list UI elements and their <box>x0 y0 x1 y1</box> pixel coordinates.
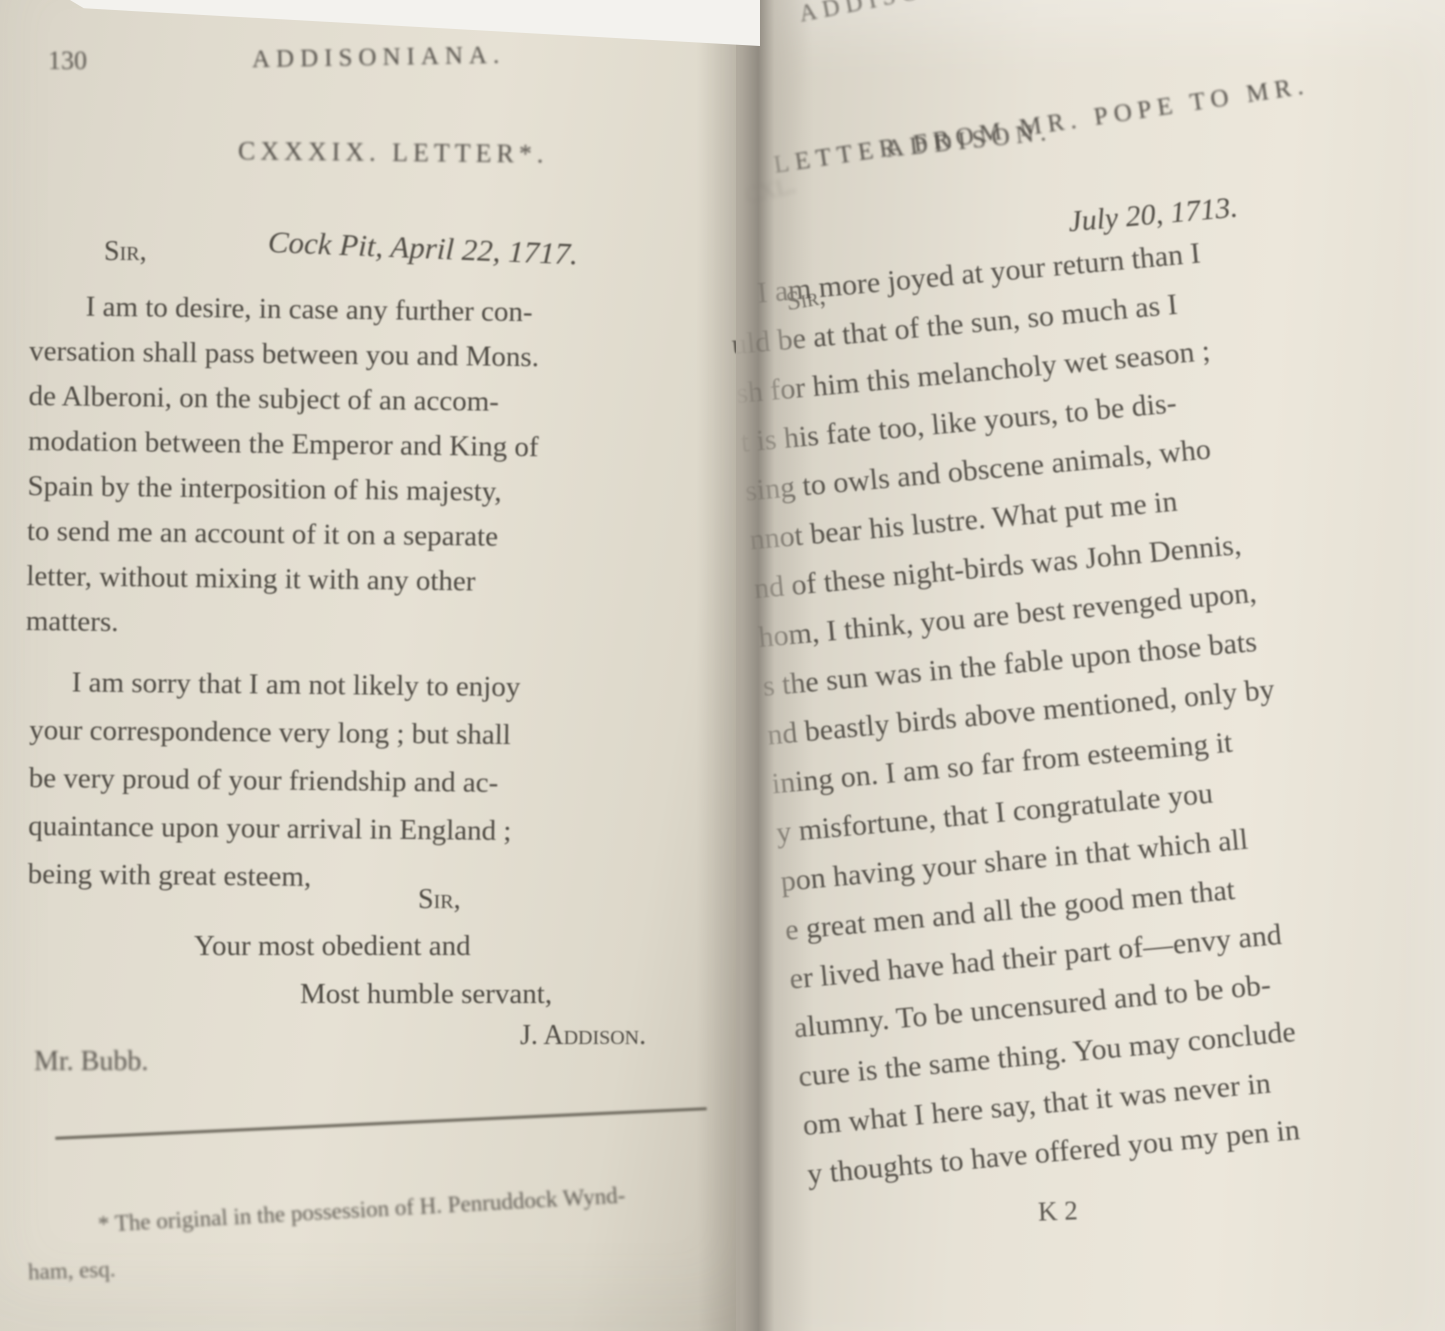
text-line: de Alberoni, on the subject of an accom- <box>28 374 539 425</box>
text-line: to send me an account of it on a separat… <box>27 509 538 560</box>
left-page-number: 130 <box>48 46 87 76</box>
left-page: 130 ADDISONIANA. CXXXIX. LETTER*. Sir, C… <box>0 0 745 1331</box>
text-line: your correspondence very long ; but shal… <box>29 706 520 759</box>
footnote-line: * The original in the possession of H. P… <box>97 1183 626 1238</box>
closing-line-2: Most humble servant, <box>300 978 552 1011</box>
right-running-header: ADDISONIA <box>797 0 986 29</box>
left-letter-heading: CXXXIX. LETTER*. <box>238 136 549 169</box>
left-salutation: Sir, <box>104 236 147 268</box>
addressee: Mr. Bubb. <box>34 1046 148 1078</box>
right-letter-body: I am more joyed at your return than I ul… <box>725 212 1445 1199</box>
book-photo: 130 ADDISONIANA. CXXXIX. LETTER*. Sir, C… <box>0 0 1445 1331</box>
closing-line-1: Your most obedient and <box>194 930 471 963</box>
text-line: Spain by the interposition of his majest… <box>27 464 538 515</box>
text-line: letter, without mixing it with any other <box>26 554 537 605</box>
closing-salutation: Sir, <box>418 884 461 916</box>
text-line: be very proud of your friendship and ac- <box>28 754 519 807</box>
left-paragraph-1: I am to desire, in case any further con-… <box>26 284 541 650</box>
text-line: versation shall pass between you and Mon… <box>29 329 540 380</box>
footnote-rule <box>55 1107 706 1140</box>
text-line: quaintance upon your arrival in England … <box>28 802 519 855</box>
text-line: I am sorry that I am not likely to enjoy <box>29 658 520 711</box>
signature: J. Addison. <box>520 1020 646 1052</box>
left-paragraph-2: I am sorry that I am not likely to enjoy… <box>27 658 520 903</box>
text-line: I am to desire, in case any further con- <box>29 284 540 335</box>
footnote-line: ham, esq. <box>28 1256 116 1285</box>
left-dateline: Cock Pit, April 22, 1717. <box>267 224 578 272</box>
text-line: modation between the Emperor and King of <box>28 419 539 470</box>
signature-mark: K 2 <box>1037 1195 1078 1227</box>
left-running-header: ADDISONIANA. <box>252 42 506 74</box>
gutter-shadow <box>698 0 814 1331</box>
text-line: matters. <box>26 599 537 650</box>
right-page: ADDISONIA CXL. LETTER FROM MR. POPE TO M… <box>740 0 1445 1331</box>
